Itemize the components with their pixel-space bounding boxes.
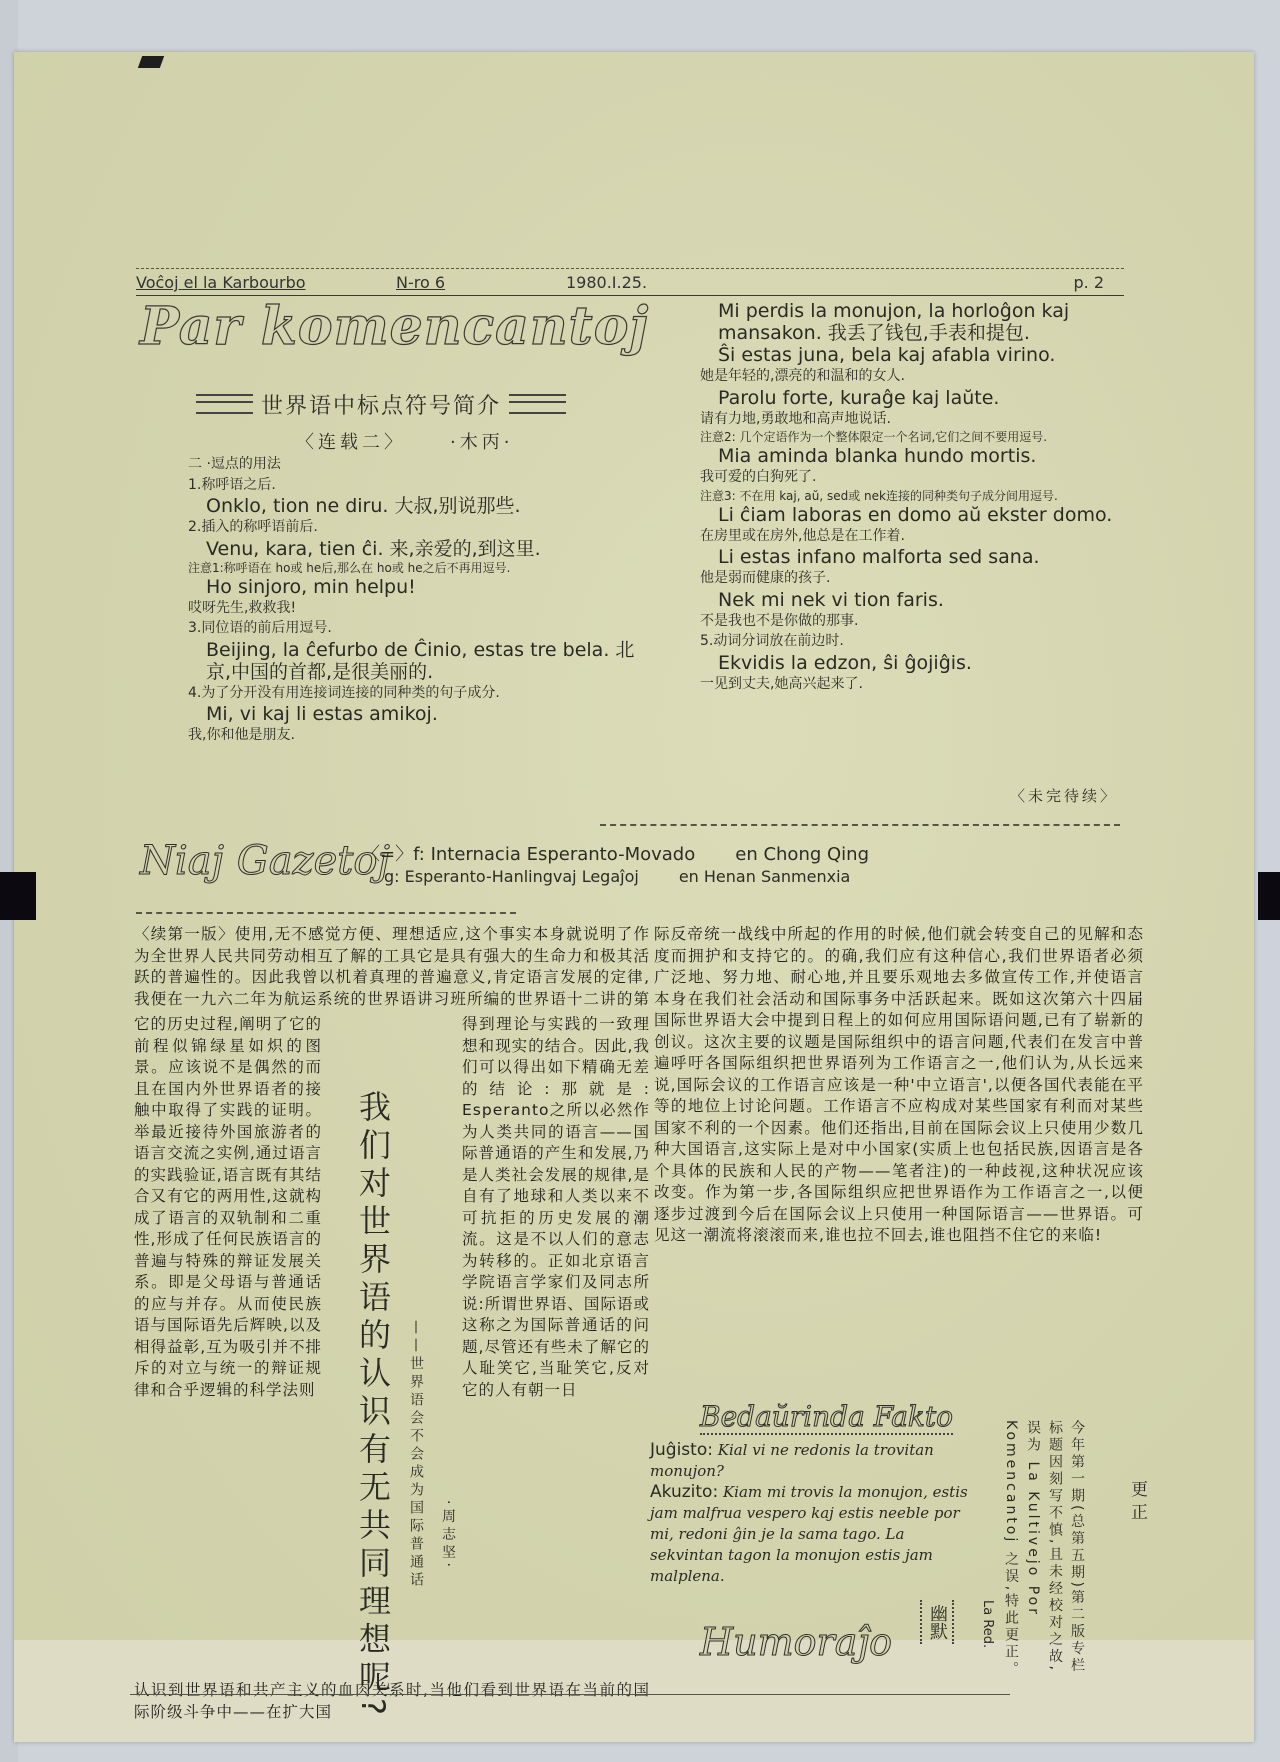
chinese-line: 请有力地,勇敢地和高声地说话. xyxy=(700,409,1140,430)
editor-credit: La Red. xyxy=(980,1600,995,1648)
article-byline: ·周志坚· xyxy=(438,1500,458,1571)
chinese-line: 我可爱的白狗死了. xyxy=(700,467,1140,488)
esperanto-example: Beijing, la ĉefurbo de Ĉinio, estas tre … xyxy=(188,639,658,683)
usage-note: 注意3: 不在用 kaj, aŭ, sed或 nek连接的同种类句子成分间用逗号… xyxy=(700,488,1140,504)
chinese-line: 她是年轻的,漂亮的和温和的女人. xyxy=(700,366,1140,387)
chinese-line: 4.为了分开没有用连接词连接的同种类的句子成分. xyxy=(188,683,658,704)
page-number: p. 2 xyxy=(1073,273,1104,292)
to-be-continued: 〈未完待续〉 xyxy=(1010,785,1118,806)
chinese-line: 5.动词分词放在前边时. xyxy=(700,631,1140,652)
gazette-place: en Henan Sanmenxia xyxy=(679,866,851,888)
article-text-top: 〈续第一版〉使用,无不感觉方便、理想适应,这个事实本身就说明了作为全世界人民共同… xyxy=(134,924,650,1010)
article-text-right-column: 际反帝统一战线中所起的作用的时候,他们就会转变自己的见解和态度而拥护和支持它的。… xyxy=(654,924,1144,1394)
speaker-judge: Juĝisto: xyxy=(650,1440,713,1460)
article-title: 我们对世界语的认识有无共同理想呢? xyxy=(350,1090,396,1721)
esperanto-example: Mi, vi kaj li estas amikoj. xyxy=(188,703,658,725)
lesson-column-left: 二 ·逗点的用法1.称呼语之后.Onklo, tion ne diru. 大叔,… xyxy=(188,454,658,746)
article-banner: 世界语中标点符号简介 xyxy=(196,386,566,422)
esperanto-example: Li estas infano malforta sed sana. xyxy=(700,546,1140,568)
banner-rule-left xyxy=(196,394,253,414)
usage-note: 注意2: 几个定语作为一个整体限定一个名词,它们之间不要用逗号. xyxy=(700,429,1140,445)
correction-title: 更正 xyxy=(1125,1480,1150,1526)
binder-clip-left xyxy=(0,872,36,920)
chinese-line: 二 ·逗点的用法 xyxy=(188,454,658,475)
chinese-line: 在房里或在房外,他总是在工作着. xyxy=(700,526,1140,547)
dialogue-line: Juĝisto: Kial vi ne redonis la trovitan … xyxy=(650,1440,970,1482)
section-title-par-komencantoj: Par komencantoj xyxy=(140,296,649,357)
chinese-line: 一见到丈夫,她高兴起来了. xyxy=(700,674,1140,695)
esperanto-example: Nek mi nek vi tion faris. xyxy=(700,589,1140,611)
gazette-entry: 〈=〉f: Internacia Esperanto-Movado en Cho… xyxy=(362,844,869,866)
gazette-list: 〈=〉f: Internacia Esperanto-Movado en Cho… xyxy=(362,844,869,888)
speaker-accused: Akuzito: xyxy=(650,1482,718,1502)
article-text-left-column: 它的历史过程,阐明了它的前程似锦绿星如炽的图景。应该说不是偶然的而且在国内外世界… xyxy=(134,1014,322,1674)
binder-clip-right xyxy=(1258,872,1280,920)
esperanto-example: Ekvidis la edzon, ŝi ĝojiĝis. xyxy=(700,652,1140,674)
gazette-place: en Chong Qing xyxy=(735,844,869,866)
esperanto-example: Ho sinjoro, min helpu! xyxy=(188,576,658,598)
esperanto-example: Onklo, tion ne diru. 大叔,别说那些. xyxy=(188,495,658,517)
chinese-line: 不是我也不是你做的那事. xyxy=(700,611,1140,632)
chinese-line: 我,你和他是朋友. xyxy=(188,725,658,746)
esperanto-example: Mia aminda blanka hundo mortis. xyxy=(700,445,1140,467)
humor-section-label: Humoraĵo xyxy=(700,1620,892,1664)
chinese-line: 1.称呼语之后. xyxy=(188,475,658,496)
chinese-line: 3.同位语的前后用逗号. xyxy=(188,618,658,639)
usage-note: 注意1:称呼语在 ho或 he后,那么在 ho或 he之后不再用逗号. xyxy=(188,560,658,576)
humor-dialogue: Juĝisto: Kial vi ne redonis la trovitan … xyxy=(650,1440,970,1587)
gazette-name: g: Esperanto-Hanlingvaj Legaĵoj xyxy=(384,866,639,888)
article-text-bottom: 认识到世界语和共产主义的血肉关系时,当他们看到世界语在当前的国际阶级斗争中——在… xyxy=(134,1680,650,1724)
issue-number: N-ro 6 xyxy=(396,273,445,292)
esperanto-example: Li ĉiam laboras en domo aŭ ekster domo. xyxy=(700,504,1140,526)
publication-name: Voĉoj el la Karbourbo xyxy=(136,273,306,292)
dialogue-line: Akuzito: Kiam mi trovis la monujon, esti… xyxy=(650,1482,970,1587)
dashed-divider xyxy=(600,824,1120,826)
correction-notice: 今年第一期(总第五期)第二版专栏标题因刻写不慎,且未经校对之故,误为 La Ku… xyxy=(1000,1420,1088,1680)
chinese-line: 哎呀先生,救救我! xyxy=(188,598,658,619)
banner-title: 世界语中标点符号简介 xyxy=(261,389,501,420)
humor-stamp: 幽默 xyxy=(920,1600,954,1644)
dashed-divider xyxy=(136,912,516,914)
chinese-line: 2.插入的称呼语前后. xyxy=(188,517,658,538)
esperanto-example: Venu, kara, tien ĉi. 来,亲爱的,到这里. xyxy=(188,538,658,560)
article-subtitle: ——世界语会不会成为国际普通话 xyxy=(406,1320,426,1590)
masthead: Voĉoj el la Karbourbo N-ro 6 1980.I.25. … xyxy=(136,268,1124,296)
gazette-name: 〈=〉f: Internacia Esperanto-Movado xyxy=(362,844,695,866)
bottom-rule xyxy=(130,1694,1010,1695)
author-label: ·木丙· xyxy=(450,428,513,454)
banner-rule-right xyxy=(509,394,566,414)
gazette-entry: g: Esperanto-Hanlingvaj Legaĵoj en Henan… xyxy=(362,866,869,888)
chinese-line: 他是弱而健康的孩子. xyxy=(700,568,1140,589)
article-text-middle-column: 得到理论与实践的一致理想和现实的结合。因此,我们可以得出如下精确无差的结论:那就… xyxy=(462,1014,650,1674)
section-title-niaj-gazetoj: Niaj Gazetoj xyxy=(140,838,390,884)
series-label: 〈连载二〉 xyxy=(296,428,406,454)
esperanto-example: Mi perdis la monujon, la horloĝon kaj ma… xyxy=(700,300,1140,344)
esperanto-example: Ŝi estas juna, bela kaj afabla virino. xyxy=(700,344,1140,366)
ink-smudge xyxy=(138,56,164,68)
esperanto-example: Parolu forte, kuraĝe kaj laŭte. xyxy=(700,387,1140,409)
humor-title: Bedaŭrinda Fakto xyxy=(700,1400,953,1435)
lesson-column-right: Mi perdis la monujon, la horloĝon kaj ma… xyxy=(700,300,1140,694)
issue-date: 1980.I.25. xyxy=(566,273,647,292)
